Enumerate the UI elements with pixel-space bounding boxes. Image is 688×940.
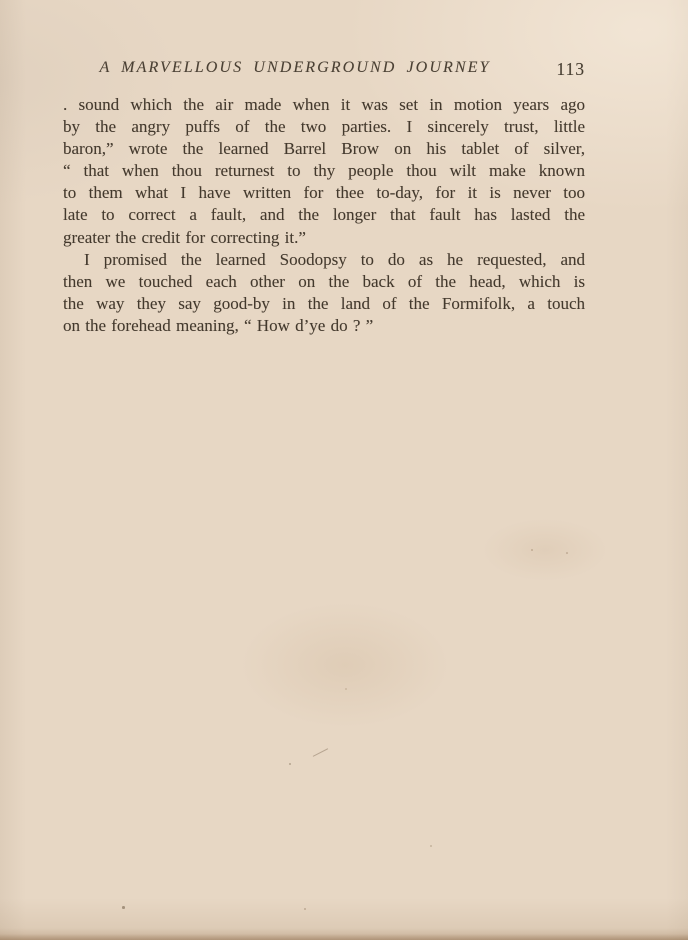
page-number: 113	[556, 59, 585, 80]
paragraph: I promised the learned Soodopsy to do as…	[63, 249, 585, 337]
text-line: on the forehead meaning, “ How d’ye do ?…	[63, 315, 585, 337]
paper-speckle	[430, 845, 432, 847]
running-header: A MARVELLOUS UNDERGROUND JOURNEY 113	[63, 59, 585, 81]
text-line: to them what I have written for thee to-…	[63, 182, 585, 204]
text-line: the way they say good-by in the land of …	[63, 293, 585, 315]
page-body: . sound which the air made when it was s…	[63, 94, 585, 337]
paper-speckle	[531, 549, 533, 551]
paper-speckle	[122, 906, 125, 909]
text-line: late to correct a fault, and the longer …	[63, 204, 585, 226]
scanned-page: A MARVELLOUS UNDERGROUND JOURNEY 113 . s…	[0, 0, 688, 940]
paper-speckle	[289, 763, 291, 765]
text-line: . sound which the air made when it was s…	[63, 94, 585, 116]
text-line: baron,” wrote the learned Barrel Brow on…	[63, 138, 585, 160]
text-line: then we touched each other on the back o…	[63, 271, 585, 293]
text-line: “ that when thou returnest to thy people…	[63, 160, 585, 182]
paper-speckle	[345, 688, 347, 690]
text-line: greater the credit for correcting it.”	[63, 227, 585, 249]
paper-speckle	[304, 908, 306, 910]
text-line: by the angry puffs of the two parties. I…	[63, 116, 585, 138]
slash-mark	[313, 748, 329, 757]
text-line: I promised the learned Soodopsy to do as…	[63, 249, 585, 271]
page-edge-shadow	[0, 934, 688, 940]
paragraph: . sound which the air made when it was s…	[63, 94, 585, 249]
paper-speckle	[566, 552, 568, 554]
running-header-title: A MARVELLOUS UNDERGROUND JOURNEY	[63, 59, 527, 77]
